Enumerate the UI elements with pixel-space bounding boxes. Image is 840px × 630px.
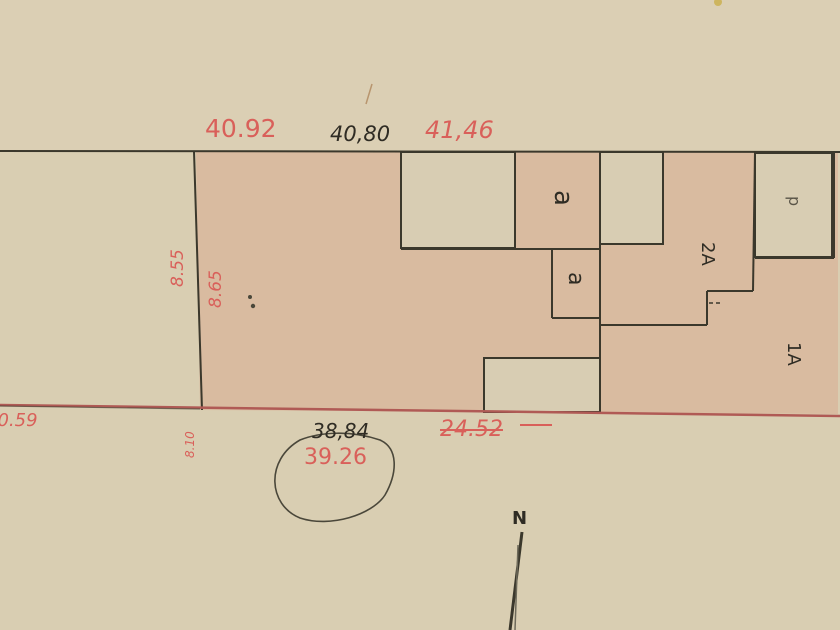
north-label: N (512, 510, 527, 528)
building-bottom (484, 358, 600, 412)
elevation-top-middle: 40,80 (330, 124, 390, 145)
dimension-outer: 8.55 (170, 249, 187, 287)
parcel-label-a-lower: a (564, 272, 586, 285)
parcel-label-1a: 1A (784, 342, 802, 366)
elevation-top-left: 40.92 (205, 116, 277, 141)
elevation-top-right: 41,46 (425, 118, 494, 142)
parcel-label-2a: 2A (698, 242, 716, 266)
elevation-bottom-left-edge: 40.59 (0, 412, 38, 430)
parcel-label-a-upper: a (550, 190, 576, 206)
elevation-bottom-middle-black: 38,84 (312, 421, 369, 441)
cadastral-map: 40.92 40,80 41,46 8.55 8.65 40.59 8.10 3… (0, 0, 840, 630)
elevation-bottom-right-struck: 24.52 (440, 419, 503, 441)
strike-dash (520, 424, 552, 426)
point-mark (248, 295, 252, 299)
parcel-label-p: p (786, 196, 802, 206)
elevation-bottom-middle-red: 39.26 (304, 447, 367, 469)
map-drawing (0, 0, 840, 630)
building-top-left (401, 152, 515, 248)
dimension-inner: 8.65 (208, 270, 225, 308)
building-top-middle (600, 152, 663, 244)
elevation-bottom-corner: 8.10 (184, 431, 196, 458)
